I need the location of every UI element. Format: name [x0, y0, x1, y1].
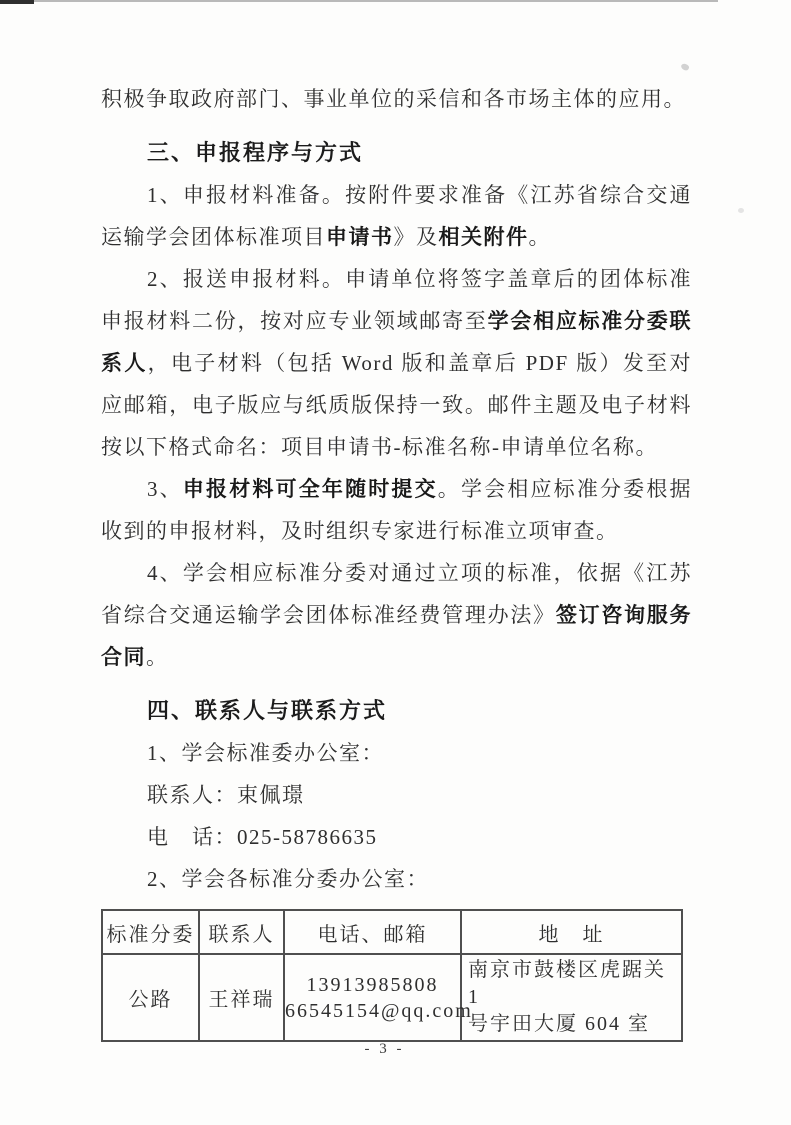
header-cell-address: 地 址: [461, 910, 682, 954]
paragraph-text: 积极争取政府部门、事业单位的采信和各市场主体的应用。: [101, 87, 686, 111]
contact-line-subcommittee: 2、学会各标准分委办公室：: [101, 858, 692, 900]
header-cell-committee: 标准分委: [102, 910, 199, 954]
page-number: - 3 -: [0, 1041, 769, 1058]
paragraph-text: 。: [529, 225, 552, 249]
phone-number: 13913985808: [285, 972, 460, 998]
paragraph-text: 3、: [147, 477, 183, 501]
contact-line-phone: 电 话：025-58786635: [101, 816, 692, 858]
bold-text: 申报材料可全年随时提交: [183, 477, 438, 501]
address-line: 号宇田大厦 604 室: [468, 1011, 675, 1038]
document-body: 积极争取政府部门、事业单位的采信和各市场主体的应用。 三、申报程序与方式 1、申…: [101, 78, 692, 1042]
table-header-row: 标准分委 联系人 电话、邮箱 地 址: [102, 910, 682, 954]
paragraph-2: 2、报送申报材料。申请单位将签字盖章后的团体标准申报材料二份，按对应专业领域邮寄…: [101, 258, 692, 468]
cell-contact: 王祥瑞: [199, 954, 284, 1041]
cell-address: 南京市鼓楼区虎踞关 1 号宇田大厦 604 室: [461, 954, 682, 1041]
bold-text: 申请书: [326, 225, 394, 249]
paragraph-text: 》及: [394, 225, 439, 249]
paragraph-1: 1、申报材料准备。按附件要求准备《江苏省综合交通运输学会团体标准项目申请书》及相…: [101, 174, 692, 258]
header-cell-phone-email: 电话、邮箱: [284, 910, 461, 954]
cell-committee: 公路: [102, 954, 199, 1041]
scan-speck: [680, 62, 690, 71]
cell-phone-email: 13913985808 66545154@qq.com: [284, 954, 461, 1041]
section-heading-3: 三、申报程序与方式: [101, 131, 692, 174]
section-heading-4: 四、联系人与联系方式: [101, 689, 692, 732]
paragraph-4: 4、学会相应标准分委对通过立项的标准，依据《江苏省综合交通运输学会团体标准经费管…: [101, 552, 692, 678]
scan-speck: [738, 208, 744, 213]
contact-line-person: 联系人：束佩璟: [101, 774, 692, 816]
header-cell-contact: 联系人: [199, 910, 284, 954]
scan-edge-line: [0, 0, 718, 2]
committee-contact-table: 标准分委 联系人 电话、邮箱 地 址 公路 王祥瑞 13913985808 66…: [101, 909, 683, 1042]
document-page: 积极争取政府部门、事业单位的采信和各市场主体的应用。 三、申报程序与方式 1、申…: [0, 0, 791, 1125]
paragraph-continuation: 积极争取政府部门、事业单位的采信和各市场主体的应用。: [101, 78, 692, 120]
bold-text: 相关附件: [439, 225, 529, 249]
paragraph-text: ，电子材料（包括 Word 版和盖章后 PDF 版）发至对应邮箱，电子版应与纸质…: [101, 351, 692, 459]
paragraph-text: 。: [146, 645, 169, 669]
scan-corner-mark: [0, 0, 34, 4]
address-line: 南京市鼓楼区虎踞关 1: [468, 957, 675, 1011]
contact-line-office: 1、学会标准委办公室：: [101, 732, 692, 774]
table-row: 公路 王祥瑞 13913985808 66545154@qq.com 南京市鼓楼…: [102, 954, 682, 1041]
paragraph-3: 3、申报材料可全年随时提交。学会相应标准分委根据收到的申报材料，及时组织专家进行…: [101, 468, 692, 552]
email-address: 66545154@qq.com: [285, 998, 460, 1024]
